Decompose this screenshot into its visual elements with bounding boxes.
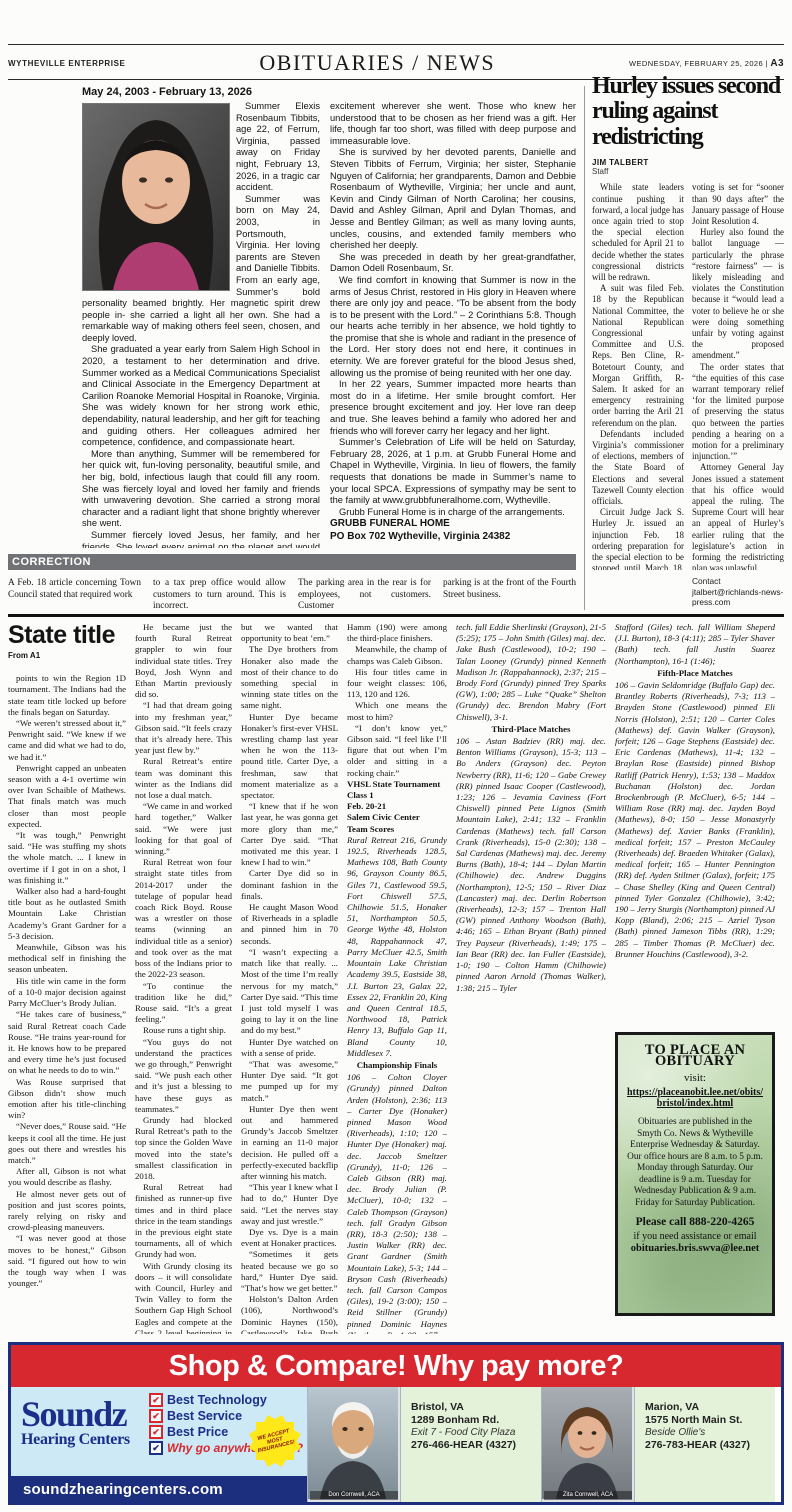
- state-column-2: He became just the fourth Rural Retreat …: [135, 622, 232, 1334]
- logo-subtitle: Hearing Centers: [21, 1431, 149, 1449]
- state-col6-text: Stafford (Giles) tech. fall William Shep…: [615, 622, 775, 1026]
- obit-box-phone: Please call 888-220-4265: [626, 1217, 764, 1228]
- correction-col-4: parking is at the front of the Fourth St…: [443, 578, 576, 613]
- correction-columns: A Feb. 18 article concerning Town Counci…: [8, 578, 576, 613]
- soundz-logo: Soundz Hearing Centers: [11, 1387, 149, 1476]
- section-divider-rule: [8, 614, 784, 617]
- funeral-home-address: PO Box 702 Wytheville, Virginia 24382: [330, 531, 576, 544]
- obituary-column-2: excitement wherever she went. Those who …: [330, 101, 576, 548]
- fifth-place-label: Fifth-Place Matches: [615, 668, 775, 679]
- top-rule: [8, 44, 784, 45]
- main-content-row: May 24, 2003 - February 13, 2026: [8, 86, 784, 614]
- correction-col-3: The parking area in the rear is for empl…: [298, 578, 431, 613]
- state-title-article: State title From A1 points to win the Re…: [8, 622, 784, 1334]
- tournament-header: VHSL State TournamentClass 1Feb. 20-21Sa…: [347, 779, 447, 835]
- checklist-label: Best Service: [167, 1409, 242, 1423]
- zita-cornwell-photo: Zita Cornwell, ACA: [541, 1387, 635, 1502]
- logo-wordmark: Soundz: [21, 1397, 149, 1431]
- continued-from-label: From A1: [8, 650, 126, 661]
- correction-col-2: to a tax prep office would allow custome…: [153, 578, 286, 613]
- checkbox-icon: ✔: [149, 1409, 163, 1423]
- checklist-label: Best Technology: [167, 1393, 267, 1407]
- ad-body-row: Soundz Hearing Centers ✔ Best Technology…: [11, 1387, 781, 1502]
- third-place-results: 106 – Astan Badziev (RR) maj. dec. Bento…: [456, 736, 606, 994]
- checkbox-icon: ✔: [149, 1441, 163, 1455]
- bristol-location-panel: Bristol, VA 1289 Bonham Rd. Exit 7 - Foo…: [401, 1387, 541, 1502]
- obituary-region: May 24, 2003 - February 13, 2026: [8, 86, 576, 614]
- hurley-body: While state leaders continue pushing it …: [592, 182, 784, 570]
- obituary-article: May 24, 2003 - February 13, 2026: [82, 86, 576, 548]
- location-note: Exit 7 - Food City Plaza: [411, 1427, 533, 1439]
- obit-box-email-link[interactable]: obituaries.bris.swva@lee.net: [626, 1243, 764, 1254]
- page-number: A3: [770, 58, 784, 69]
- state-title-headline: State title: [8, 622, 126, 648]
- obit-box-body: Obituaries are published in the Smyth Co…: [626, 1117, 764, 1209]
- location-phone[interactable]: 276-783-HEAR (4327): [645, 1439, 767, 1452]
- location-note: Beside Ollie's: [645, 1427, 767, 1439]
- correction-banner: CORRECTION: [8, 554, 576, 570]
- marion-location-panel: Marion, VA 1575 North Main St. Beside Ol…: [635, 1387, 775, 1502]
- obit-box-title: TO PLACE AN OBITUARY: [626, 1045, 764, 1067]
- location-city: Marion, VA: [645, 1401, 767, 1414]
- date-and-page: WEDNESDAY, FEBRUARY 25, 2026 | A3: [629, 58, 784, 69]
- fifth-place-results: 106 – Gavin Seldomridge (Buffalo Gap) de…: [615, 680, 775, 960]
- state-column-3: but we wanted that opportunity to beat ’…: [241, 622, 338, 1334]
- championship-results: 106 – Colton Cloyer (Grundy) pinned Dalt…: [347, 1072, 447, 1334]
- checkbox-icon: ✔: [149, 1393, 163, 1407]
- issue-date: WEDNESDAY, FEBRUARY 25, 2026 |: [629, 59, 768, 68]
- state-column-6: Stafford (Giles) tech. fall William Shep…: [615, 622, 775, 1334]
- obituary-placement-box: TO PLACE AN OBITUARY visit: https://plac…: [615, 1032, 775, 1316]
- contact-line[interactable]: Contact jtalbert@richlands-news-press.co…: [692, 576, 784, 608]
- obituary-columns: Summer Elexis Rosenbaum Tibbits, age 22,…: [82, 101, 576, 548]
- location-phone[interactable]: 276-466-HEAR (4327): [411, 1439, 533, 1452]
- hurley-col-1: While state leaders continue pushing it …: [592, 182, 684, 570]
- correction-col-1: A Feb. 18 article concerning Town Counci…: [8, 578, 141, 613]
- state-column-4: Hamm (190) were among the third-place fi…: [347, 622, 447, 1334]
- insurance-starburst: WE ACCEPT MOST INSURANCES!: [249, 1415, 301, 1467]
- obituary-dates: May 24, 2003 - February 13, 2026: [82, 86, 576, 98]
- obit-box-assist-line: if you need assistance or email: [626, 1231, 764, 1242]
- hurley-col-2: voting is set for “sooner than 90 days a…: [692, 182, 784, 570]
- obit-box-url-link[interactable]: https://placeanobit.lee.net/obits/bristo…: [626, 1087, 764, 1109]
- third-place-label: Third-Place Matches: [456, 724, 606, 735]
- checkbox-icon: ✔: [149, 1425, 163, 1439]
- section-title: OBITUARIES / NEWS: [259, 50, 495, 76]
- byline-role: Staff: [592, 167, 784, 176]
- newspaper-page: WYTHEVILLE ENTERPRISE OBITUARIES / NEWS …: [0, 0, 792, 1512]
- ad-banner-headline: Shop & Compare! Why pay more?: [11, 1345, 781, 1387]
- third-place-results-continued: Stafford (Giles) tech. fall William Shep…: [615, 622, 775, 667]
- don-cornwell-photo: Don Cornwell, ACA: [307, 1387, 401, 1502]
- hurley-headline: Hurley issues second ruling against redi…: [592, 74, 784, 150]
- state-column-5: tech. fall Eddie Sherlinski (Grayson), 2…: [456, 622, 606, 1334]
- photo-caption: Don Cornwell, ACA: [310, 1491, 398, 1500]
- publication-name: WYTHEVILLE ENTERPRISE: [8, 59, 126, 68]
- hurley-byline: JIM TALBERT Staff: [592, 158, 784, 176]
- state-col1-text: points to win the Region 1D tournament. …: [8, 673, 126, 1289]
- state-col4-text: Hamm (190) were among the third-place fi…: [347, 622, 447, 779]
- checklist-label: Best Price: [167, 1425, 228, 1439]
- ad-website-bar[interactable]: soundzhearingcenters.com: [11, 1476, 307, 1502]
- championship-finals-label: Championship Finals: [347, 1060, 447, 1071]
- photo-caption: Zita Cornwell, ACA: [544, 1491, 632, 1500]
- championship-results-continued: tech. fall Eddie Sherlinski (Grayson), 2…: [456, 622, 606, 723]
- state-column-1: State title From A1 points to win the Re…: [8, 622, 126, 1334]
- location-city: Bristol, VA: [411, 1401, 533, 1414]
- woman-portrait-illustration: [542, 1387, 632, 1499]
- obit-box-visit-label: visit:: [626, 1073, 764, 1084]
- portrait-illustration: [83, 104, 229, 290]
- soundz-ad: Shop & Compare! Why pay more? Soundz Hea…: [8, 1342, 784, 1505]
- column-divider: [584, 86, 585, 610]
- checklist-item: ✔ Best Technology: [149, 1393, 303, 1407]
- portrait-photo: [82, 103, 230, 291]
- starburst-text: WE ACCEPT MOST INSURANCES!: [243, 1409, 306, 1472]
- funeral-home-name: GRUBB FUNERAL HOME: [330, 518, 576, 531]
- correction-section: CORRECTION A Feb. 18 article concerning …: [8, 554, 576, 613]
- ad-left-panel: Soundz Hearing Centers ✔ Best Technology…: [11, 1387, 307, 1502]
- obituary-column-1: Summer Elexis Rosenbaum Tibbits, age 22,…: [82, 101, 320, 548]
- hurley-article: Hurley issues second ruling against redi…: [592, 74, 784, 614]
- team-scores: Rural Retreat 216, Grundy 192.5, Riverhe…: [347, 835, 447, 1059]
- location-address: 1575 North Main St.: [645, 1414, 767, 1427]
- byline-name: JIM TALBERT: [592, 158, 784, 167]
- location-address: 1289 Bonham Rd.: [411, 1414, 533, 1427]
- obituary-text-col2: excitement wherever she went. Those who …: [330, 101, 576, 518]
- man-portrait-illustration: [308, 1387, 398, 1499]
